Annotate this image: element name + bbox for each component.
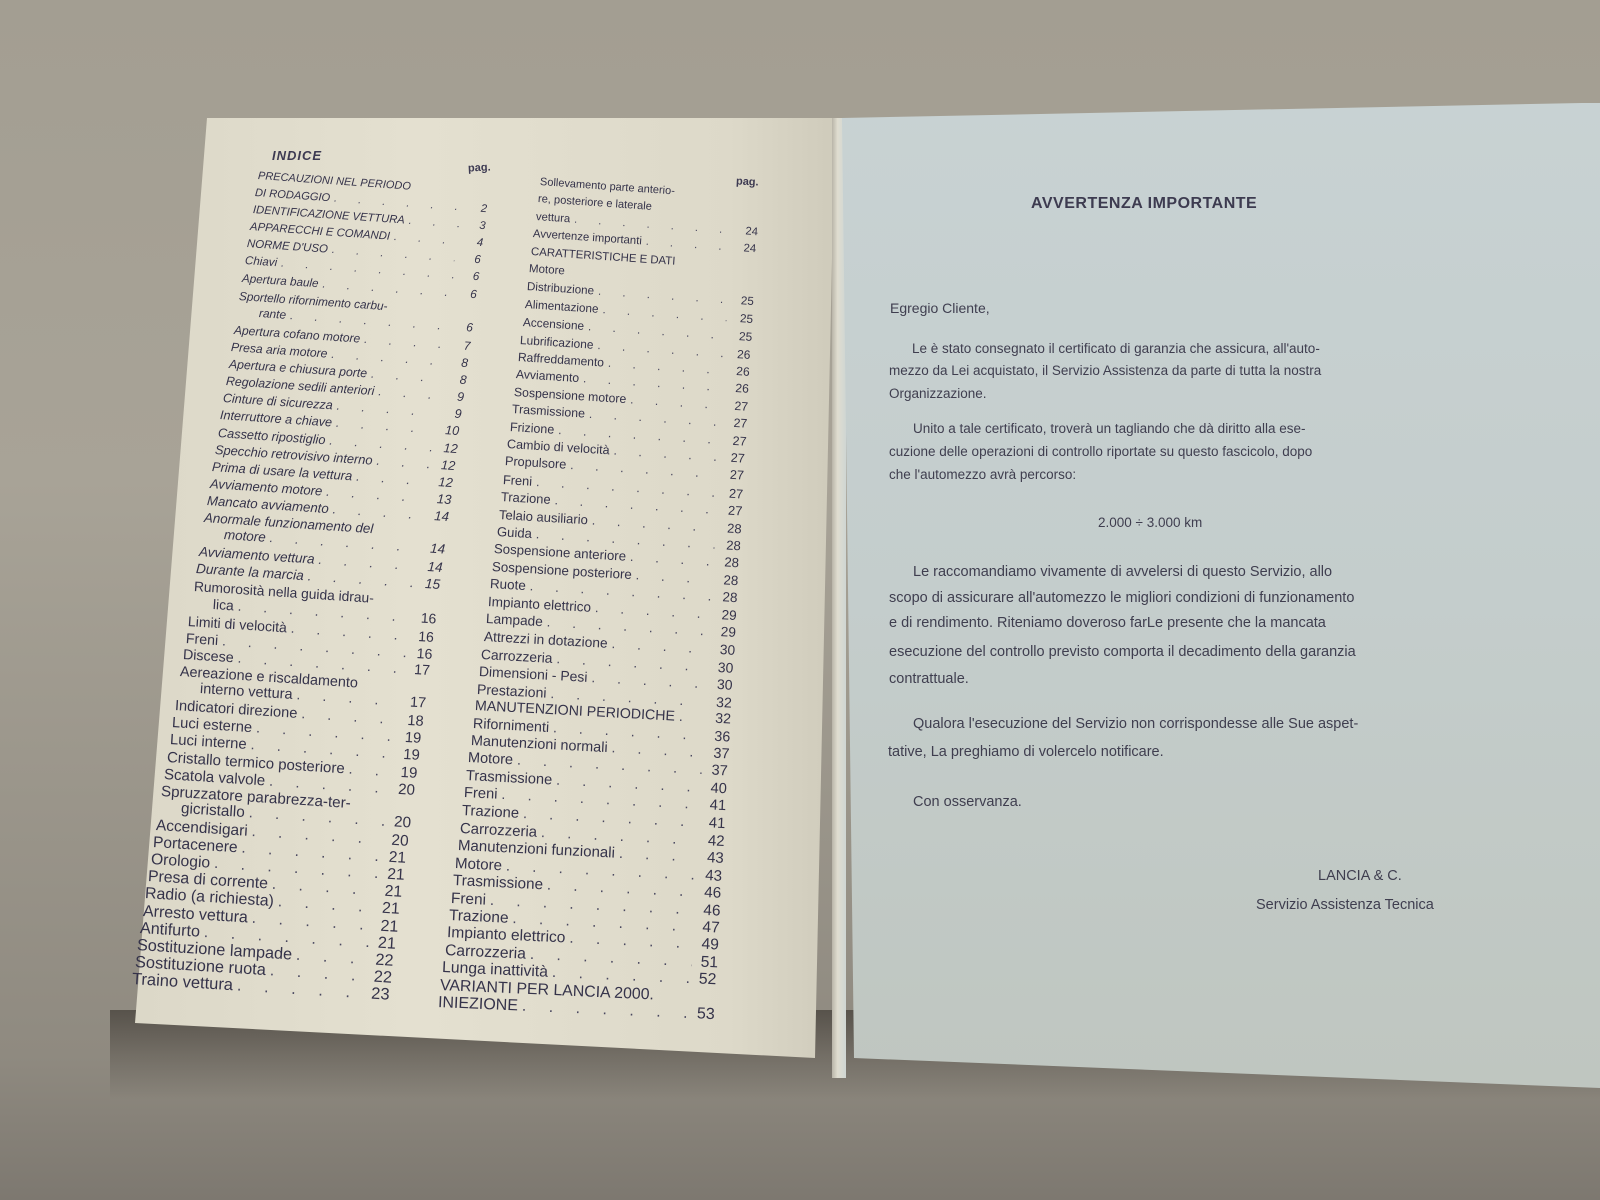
toc-entry-page: 13 (429, 491, 452, 507)
toc-entry-page: 19 (399, 729, 422, 746)
dot-leader (679, 195, 734, 199)
toc-entry-page: 3 (463, 219, 486, 232)
toc-entry-page (391, 810, 413, 811)
toc-entry-page: 4 (461, 236, 484, 249)
toc-entry-page: 21 (384, 848, 407, 867)
toc-entry-page: 19 (397, 746, 420, 763)
toc-entry-page: 16 (412, 627, 435, 644)
dot-leader: . . . . . . . . . . . . . . . . . (678, 709, 705, 726)
p2-line2: cuzione delle operazioni di controllo ri… (889, 444, 1434, 459)
toc-entry-page: 10 (437, 423, 460, 438)
toc-entry-page: 51 (695, 953, 718, 972)
dot-leader (679, 265, 729, 268)
toc-entry-page: 16 (414, 609, 437, 626)
toc-entry-page: 43 (700, 867, 723, 885)
toc-entry-page: 2 (465, 202, 488, 216)
toc-entry-page: 23 (367, 984, 390, 1004)
toc-entry-page: 27 (725, 416, 748, 431)
toc-entry-page: 28 (718, 537, 741, 553)
toc-entry-page: 36 (708, 728, 731, 745)
letter-title: AVVERTENZA IMPORTANTE (1031, 195, 1257, 213)
dot-leader (415, 190, 464, 193)
toc-entry-label: Trazione (461, 803, 519, 822)
toc-entry-page (416, 605, 438, 606)
p2-line3: che l'automezzo avrà percorso: (889, 467, 1076, 482)
dot-leader (377, 603, 412, 605)
toc-entry-page: 46 (699, 884, 722, 902)
toc-entry-page: 25 (731, 294, 754, 308)
toc-entry-page: 41 (703, 815, 726, 832)
toc-entry-page: 27 (721, 485, 744, 501)
toc-entry-page: 49 (696, 936, 719, 955)
toc-entry-page (452, 315, 474, 317)
toc-entry-label: lica (212, 596, 234, 613)
toc-entry-label: Freni (451, 890, 487, 910)
p3-line1: Le raccomandiamo vivamente di avvelersi … (913, 564, 1332, 580)
toc-entry-page: 30 (711, 659, 734, 676)
toc-entry-page: 27 (724, 433, 747, 448)
dot-leader: . . . . . . . . . . . . . . . . . (348, 760, 392, 780)
pag-label-col1: pag. (468, 161, 491, 174)
toc-entry-page: 6 (450, 319, 473, 334)
toc-entry-page: 29 (713, 624, 736, 640)
toc-entry-page: 12 (433, 457, 456, 473)
toc-entry-page (467, 194, 489, 196)
toc-entry-label: Guida (496, 524, 532, 541)
toc-entry-label: Motore (468, 750, 514, 768)
dot-leader (355, 808, 387, 810)
toc-entry-page: 7 (448, 338, 471, 353)
distance-range: 2.000 ÷ 3.000 km (1098, 515, 1202, 530)
toc-entry-page: 30 (710, 676, 733, 693)
toc-entry-page: 6 (454, 287, 477, 301)
salutation: Egregio Cliente, (890, 300, 990, 316)
toc-entry-page: 8 (444, 372, 467, 387)
toc-entry-page: 28 (716, 572, 739, 588)
toc-entry-label: Freni (464, 785, 498, 803)
toc-entry-page: 24 (734, 242, 757, 255)
toc-entry-page: 6 (456, 270, 479, 283)
toc-entry-page: 46 (698, 901, 721, 920)
p1-line2: mezzo da Lei acquistato, il Servizio Ass… (889, 363, 1424, 378)
p3-line5: contrattuale. (889, 671, 969, 687)
toc-entry-page: 9 (441, 389, 464, 404)
toc-entry-page: 28 (715, 589, 738, 605)
toc-entry-page: 12 (435, 440, 458, 456)
toc-entry-label: vettura (535, 211, 570, 225)
signature-department: Servizio Assistenza Tecnica (1256, 897, 1434, 913)
toc-entry-page: 21 (380, 882, 403, 901)
toc-entry-label: INIEZIONE (438, 994, 519, 1015)
toc-entry-page: 27 (722, 468, 745, 483)
p4-line2: tative, La preghiamo di volercelo notifi… (888, 744, 1164, 760)
p3-line2: scopo di assicurare all'automezzo le mig… (889, 590, 1354, 606)
toc-entry-page: 25 (730, 311, 753, 325)
toc-entry-page: 41 (704, 797, 727, 814)
toc-entry-page: 18 (401, 712, 424, 729)
toc-entry-page (733, 268, 755, 269)
toc-entry-page: 24 (735, 225, 758, 238)
toc-entry-page (406, 690, 428, 691)
toc-entry-label: Ruote (490, 576, 527, 593)
toc-entry-page (736, 216, 758, 218)
toc-entry-page: 28 (719, 520, 742, 536)
toc-entry-page: 37 (706, 763, 729, 780)
toc-entry-page: 8 (446, 355, 469, 370)
toc-entry-page: 28 (717, 554, 740, 570)
toc-entry-label: Motore (529, 263, 566, 277)
toc-entry-page: 9 (439, 406, 462, 421)
toc-entry-page: 30 (712, 641, 735, 657)
toc-entry-page: 12 (431, 474, 454, 490)
p3-line3: e di rendimento. Riteniamo doveroso farL… (889, 615, 1326, 631)
dot-leader (391, 311, 448, 315)
toc-entry-page: 26 (728, 364, 751, 379)
toc-entry-label: Motore (455, 855, 503, 874)
toc-entry-page: 15 (418, 576, 441, 592)
toc-entry-page: 32 (709, 711, 732, 728)
toc-entry-page: 14 (427, 508, 450, 524)
toc-entry-label: Frizione (509, 420, 554, 437)
p1-line3: Organizzazione. (889, 386, 987, 401)
toc-entry-label: Freni (185, 630, 218, 648)
toc-entry-page: 20 (386, 831, 409, 850)
toc-entry-page: 42 (702, 832, 725, 850)
toc-entry-label: rante (258, 306, 286, 322)
toc-entry-label: Prestazioni (477, 681, 547, 701)
closing: Con osservanza. (913, 794, 1022, 810)
signature-company: LANCIA & C. (1318, 868, 1402, 884)
toc-entry-page (737, 199, 759, 201)
toc-entry-page (733, 286, 755, 287)
toc-entry-page: 20 (393, 780, 416, 798)
p1-line1: Le è stato consegnato il certificato di … (912, 341, 1420, 356)
toc-entry-page: 29 (714, 607, 737, 623)
toc-entry-page: 40 (705, 780, 728, 797)
dot-leader (658, 999, 690, 1000)
toc-entry-page: 14 (420, 559, 443, 575)
p4-line1: Qualora l'esecuzione del Servizio non co… (913, 716, 1358, 732)
p3-line4: esecuzione del controllo previsto compor… (889, 644, 1356, 660)
dot-leader (377, 534, 420, 537)
toc-entry-page: 6 (459, 253, 482, 266)
toc-entry-page: 26 (728, 346, 751, 361)
toc-entry-page: 52 (694, 970, 717, 989)
toc-entry-page: 27 (726, 398, 749, 413)
toc-entry-page: 26 (727, 381, 750, 396)
toc-entry-page: 20 (388, 813, 411, 832)
toc-entry-page: 16 (410, 644, 433, 661)
toc-entry-label: Freni (503, 472, 533, 489)
toc-entry-page: 25 (729, 329, 752, 344)
toc-entry-page (425, 537, 447, 538)
toc-entry-page: 37 (707, 745, 730, 762)
index-title: INDICE (272, 148, 322, 163)
toc-entry-page: 53 (692, 1005, 715, 1024)
toc-entry-label: Rifornimenti (472, 716, 549, 736)
toc-entry-page: 32 (709, 693, 732, 710)
toc-entry-page: 27 (723, 450, 746, 465)
toc-entry-page: 43 (701, 849, 724, 867)
pag-label-col2: pag. (736, 175, 759, 188)
toc-entry-page: 19 (395, 763, 418, 781)
toc-entry-page: 17 (403, 694, 426, 711)
toc-entry-page (694, 1001, 716, 1002)
toc-entry-label: Chiavi (244, 255, 277, 269)
toc-entry-page: 27 (720, 502, 743, 518)
toc-entry-page: 14 (422, 541, 445, 557)
toc-entry-page: 17 (407, 661, 430, 678)
dot-leader (362, 687, 402, 690)
p2-line1: Unito a tale certificato, troverà un tag… (913, 421, 1433, 436)
toc-entry-label: Discese (182, 647, 234, 666)
